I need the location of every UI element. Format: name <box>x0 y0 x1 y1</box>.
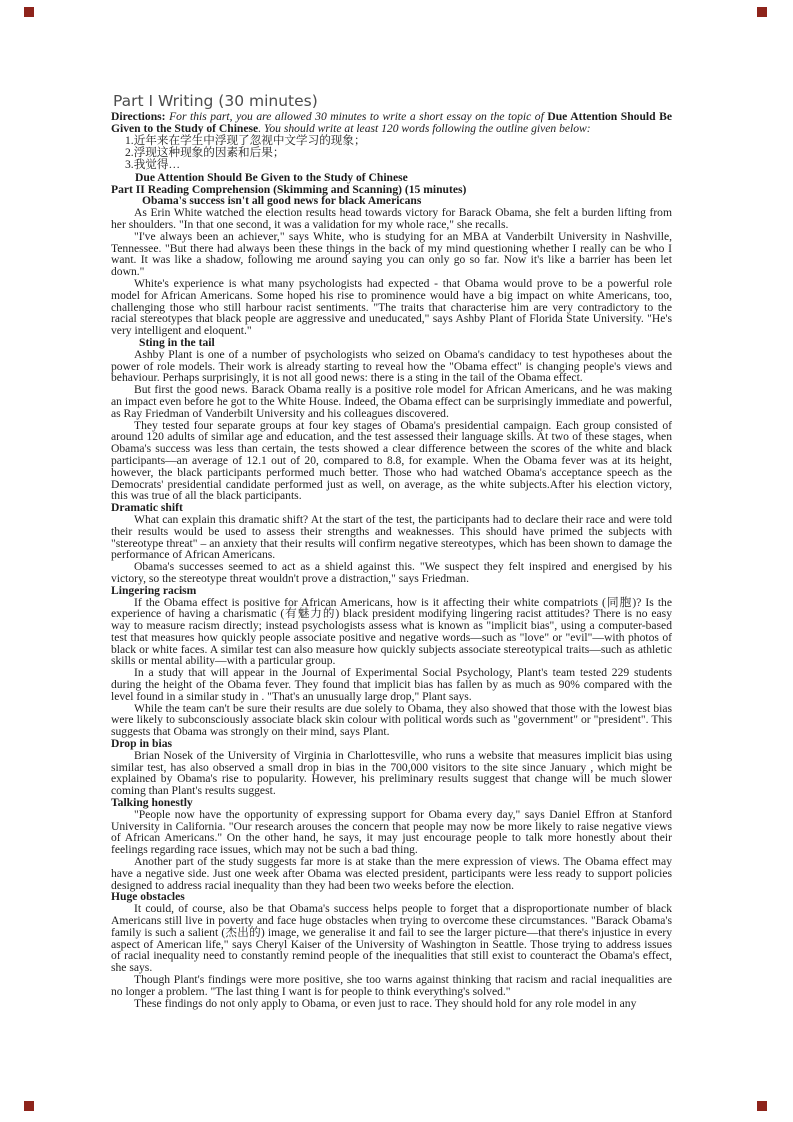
passage-paragraph: Brian Nosek of the University of Virgini… <box>111 750 672 797</box>
passage-paragraph: It could, of course, also be that Obama'… <box>111 903 672 974</box>
corner-mark-top-right <box>757 7 767 17</box>
directions: Directions: For this part, you are allow… <box>111 111 672 135</box>
outline-item: 3.我觉得… <box>125 159 672 171</box>
corner-mark-bottom-right <box>757 1101 767 1111</box>
passage-paragraph: Obama's successes seemed to act as a shi… <box>111 561 672 585</box>
reading-passage: As Erin White watched the election resul… <box>111 207 672 1009</box>
part1-heading: Part I Writing (30 minutes) <box>113 92 672 110</box>
corner-mark-bottom-left <box>24 1101 34 1111</box>
passage-paragraph: These findings do not only apply to Obam… <box>111 998 672 1010</box>
passage-paragraph: While the team can't be sure their resul… <box>111 703 672 738</box>
passage-paragraph: They tested four separate groups at four… <box>111 420 672 503</box>
passage-paragraph: In a study that will appear in the Journ… <box>111 667 672 702</box>
directions-outro: . You should write at least 120 words fo… <box>258 122 590 135</box>
passage-paragraph: "People now have the opportunity of expr… <box>111 809 672 856</box>
passage-subhead: Lingering racism <box>111 585 672 597</box>
exam-paper-page: Part I Writing (30 minutes) Directions: … <box>0 0 793 1122</box>
passage-paragraph: Ashby Plant is one of a number of psycho… <box>111 349 672 384</box>
page-content: Part I Writing (30 minutes) Directions: … <box>111 92 672 1009</box>
passage-paragraph: "I've always been an achiever," says Whi… <box>111 231 672 278</box>
passage-paragraph: Though Plant's findings were more positi… <box>111 974 672 998</box>
passage-paragraph: But first the good news. Barack Obama re… <box>111 384 672 419</box>
corner-mark-top-left <box>24 7 34 17</box>
passage-paragraph: Another part of the study suggests far m… <box>111 856 672 891</box>
essay-outline: 1.近年来在学生中浮现了忽视中文学习的现象；2.浮现这种现象的因素和后果；3.我… <box>111 135 672 172</box>
passage-subhead: Sting in the tail <box>111 337 672 349</box>
passage-paragraph: White's experience is what many psycholo… <box>111 278 672 337</box>
essay-title: Due Attention Should Be Given to the Stu… <box>111 172 672 184</box>
passage-paragraph: If the Obama effect is positive for Afri… <box>111 597 672 668</box>
passage-paragraph: As Erin White watched the election resul… <box>111 207 672 231</box>
outline-item: 2.浮现这种现象的因素和后果； <box>125 147 672 159</box>
passage-paragraph: What can explain this dramatic shift? At… <box>111 514 672 561</box>
